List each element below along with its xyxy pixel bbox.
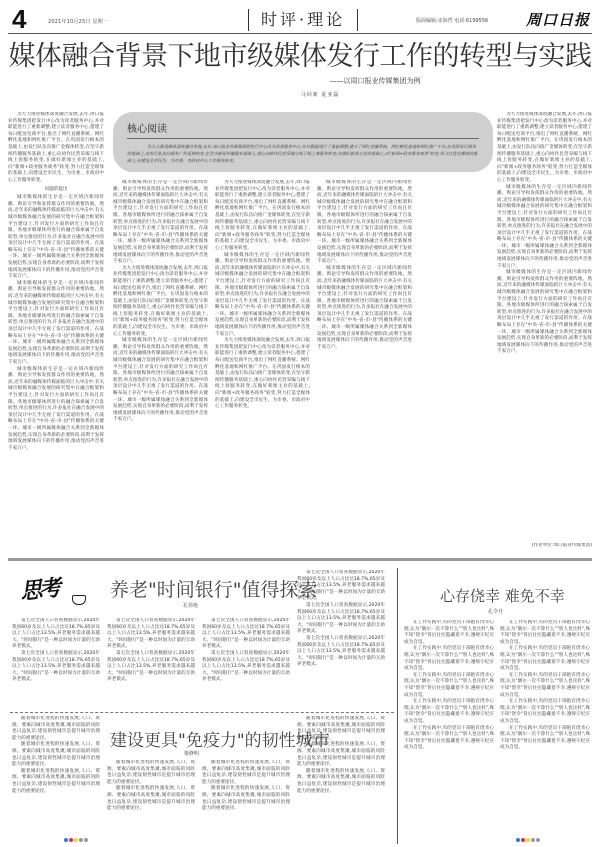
luck-paragraph: 在工作实践中,有的党员干部抱有侥幸心理,认为"偶尔一次不算什么""别人也这样",… xyxy=(404,620,494,646)
core-reading-box: 核心阅读 为大力推进媒体深度融合发展,去年,周口报业传媒集团把发行中心改为读者服… xyxy=(113,112,493,172)
lead-credit-wrap: (作者单位:周口报业传媒集团) xyxy=(497,543,592,553)
reg-dot xyxy=(531,838,535,842)
lead-paragraph: 为大力推进媒体深度融合发展,去年,周口报业传媒集团把发行中心改为读者服务中心,并… xyxy=(113,266,208,339)
city-column-1: 随着城市化进程的快速发展,人口、资源、要素向城市高度集聚,城市面临的风险也日益复… xyxy=(12,716,100,842)
pension-column-1: 第七次全国人口普查数据显示,2020年我国60岁及以上人口占比达18.7%,65… xyxy=(12,618,100,706)
lead-paragraph: 城市级媒体的生存是一定区域内新闻传播、舆论引导和发挥群众作用的重要阵地。然而,近… xyxy=(8,281,104,367)
dashed-divider xyxy=(10,712,394,713)
luck-paragraph: 在工作实践中,有的党员干部抱有侥幸心理,认为"偶尔一次不算什么""别人也这样",… xyxy=(500,699,590,725)
lead-paragraph: 城市级媒体的生存是一定区域内新闻传播、舆论引导和发挥群众作用的重要阵地。然而,近… xyxy=(215,253,310,339)
city-column-3: 随着城市化进程的快速发展,人口、资源、要素向城市高度集聚,城市面临的风险也日益复… xyxy=(202,760,290,842)
reg-dot xyxy=(64,838,68,842)
masthead: 4 2021年10月25日 星期一 时评·理论 版面编辑:宋海哲 电话:6199… xyxy=(8,4,592,34)
section-divider xyxy=(8,558,592,561)
luck-paragraph: 在工作实践中,有的党员干部抱有侥幸心理,认为"偶尔一次不算什么""别人也这样",… xyxy=(500,646,590,672)
lead-paragraph: 城市级媒体的生存是一定区域内新闻传播、舆论引导和发挥群众作用的重要阵地。然而,近… xyxy=(497,270,592,356)
city-paragraph: 随着城市化进程的快速发展,人口、资源、要素向城市高度集聚,城市面临的风险也日益复… xyxy=(107,760,195,786)
teapot-icon xyxy=(72,595,86,605)
lead-column-4: 城市级媒体的生存是一定区域内新闻传播、舆论引导和发挥群众作用的重要阵地。然而,近… xyxy=(317,180,412,550)
lead-subtitle: ——以周口报业传媒集团为例 xyxy=(0,76,600,86)
core-reading-title: 核心阅读 xyxy=(127,120,479,139)
reg-dot xyxy=(536,838,540,842)
article-author-city: 梁修明 xyxy=(184,750,199,757)
lead-paragraph: 为大力推进媒体深度融合发展,去年,周口报业传媒集团把发行中心改为读者服务中心,并… xyxy=(8,112,104,185)
lead-paragraph: 城市级媒体的生存是一定区域内新闻传播、舆论引导和发挥群众作用的重要阵地。然而,近… xyxy=(317,180,412,266)
lead-paragraph: 为大力推进媒体深度融合发展,去年,周口报业传媒集团把发行中心改为读者服务中心,并… xyxy=(215,338,310,411)
city-paragraph: 随着城市化进程的快速发展,人口、资源、要素向城市高度集聚,城市面临的风险也日益复… xyxy=(12,769,100,795)
page-number: 4 xyxy=(12,6,26,32)
luck-column-2: 在工作实践中,有的党员干部抱有侥幸心理,认为"偶尔一次不算什么""别人也这样",… xyxy=(500,620,590,840)
pension-paragraph: 第七次全国人口普查数据显示,2020年我国60岁及以上人口占比达18.7%,65… xyxy=(297,636,385,669)
lead-column-2: 城市级媒体的生存是一定区域内新闻传播、舆论引导和发挥群众作用的重要阵地。然而,近… xyxy=(113,180,208,550)
lead-paragraph: 城市级媒体的生存是一定区域内新闻传播、舆论引导和发挥群众作用的重要阵地。然而,近… xyxy=(497,185,592,271)
lead-paragraph: 城市级媒体的生存是一定区域内新闻传播、舆论引导和发挥群众作用的重要阵地。然而,近… xyxy=(317,266,412,352)
city-paragraph: 随着城市化进程的快速发展,人口、资源、要素向城市高度集聚,城市面临的风险也日益复… xyxy=(297,769,385,795)
pension-column-3: 第七次全国人口普查数据显示,2020年我国60岁及以上人口占比达18.7%,65… xyxy=(202,618,290,706)
city-paragraph: 随着城市化进程的快速发展,人口、资源、要素向城市高度集聚,城市面临的风险也日益复… xyxy=(202,786,290,812)
city-paragraph: 随着城市化进程的快速发展,人口、资源、要素向城市高度集聚,城市面临的风险也日益复… xyxy=(12,742,100,768)
luck-paragraph: 在工作实践中,有的党员干部抱有侥幸心理,认为"偶尔一次不算什么""别人也这样",… xyxy=(404,646,494,672)
city-paragraph: 随着城市化进程的快速发展,人口、资源、要素向城市高度集聚,城市面临的风险也日益复… xyxy=(12,716,100,742)
think-logo-text: 思考 xyxy=(18,571,59,606)
lead-column-5: 为大力推进媒体深度融合发展,去年,周口报业传媒集团把发行中心改为读者服务中心,并… xyxy=(497,112,592,550)
editor-info: 版面编辑:宋海哲 电话:6199556 xyxy=(416,17,488,24)
luck-paragraph: 在工作实践中,有的党员干部抱有侥幸心理,认为"偶尔一次不算什么""别人也这样",… xyxy=(404,699,494,725)
city-paragraph: 随着城市化进程的快速发展,人口、资源、要素向城市高度集聚,城市面临的风险也日益复… xyxy=(107,786,195,812)
article-author-luck: 孔令升 xyxy=(488,608,503,615)
pension-paragraph: 第七次全国人口普查数据显示,2020年我国60岁及以上人口占比达18.7%,65… xyxy=(107,651,195,684)
pension-paragraph: 第七次全国人口普查数据显示,2020年我国60岁及以上人口占比达18.7%,65… xyxy=(202,618,290,651)
section-title: 时评·理论 xyxy=(248,9,358,31)
lead-credit: (作者单位:周口报业传媒集团) xyxy=(497,543,592,550)
lead-paragraph: 城市级媒体的生存是一定区域内新闻传播、舆论引导和发挥群众作用的重要阵地。然而,近… xyxy=(113,338,208,424)
pension-paragraph: 第七次全国人口普查数据显示,2020年我国60岁及以上人口占比达18.7%,65… xyxy=(107,618,195,651)
pension-paragraph: 第七次全国人口普查数据显示,2020年我国60岁及以上人口占比达18.7%,65… xyxy=(297,570,385,603)
city-column-4: 随着城市化进程的快速发展,人口、资源、要素向城市高度集聚,城市面临的风险也日益复… xyxy=(297,716,385,842)
city-paragraph: 随着城市化进程的快速发展,人口、资源、要素向城市高度集聚,城市面临的风险也日益复… xyxy=(297,742,385,768)
article-title-pension: 养老"时间银行"值得探索 xyxy=(110,575,317,602)
registration-marks-right xyxy=(516,838,540,842)
reg-dot xyxy=(79,838,83,842)
lead-paragraph: 城市级媒体的生存是一定区域内新闻传播、舆论引导和发挥群众作用的重要阵地。然而,近… xyxy=(8,367,104,453)
pension-paragraph: 第七次全国人口普查数据显示,2020年我国60岁及以上人口占比达18.7%,65… xyxy=(12,618,100,651)
article-title-luck: 心存侥幸 难免不幸 xyxy=(440,585,565,606)
lead-subhead: 问题的提出 xyxy=(8,187,104,194)
registration-marks-left xyxy=(64,838,88,842)
luck-column-1: 在工作实践中,有的党员干部抱有侥幸心理,认为"偶尔一次不算什么""别人也这样",… xyxy=(404,620,494,840)
lead-headline: 媒体融合背景下地市级媒体发行工作的转型与实践 xyxy=(0,40,600,74)
luck-paragraph: 在工作实践中,有的党员干部抱有侥幸心理,认为"偶尔一次不算什么""别人也这样",… xyxy=(500,673,590,699)
article-author-pension: 孔伟艳 xyxy=(183,602,198,609)
luck-paragraph: 在工作实践中,有的党员干部抱有侥幸心理,认为"偶尔一次不算什么""别人也这样",… xyxy=(500,726,590,752)
reg-dot xyxy=(526,838,530,842)
lead-byline: 马回新 夏亚磊 xyxy=(0,91,600,98)
luck-paragraph: 在工作实践中,有的党员干部抱有侥幸心理,认为"偶尔一次不算什么""别人也这样",… xyxy=(404,673,494,699)
reg-dot xyxy=(516,838,520,842)
luck-paragraph: 在工作实践中,有的党员干部抱有侥幸心理,认为"偶尔一次不算什么""别人也这样",… xyxy=(404,726,494,752)
lead-column-1: 为大力推进媒体深度融合发展,去年,周口报业传媒集团把发行中心改为读者服务中心,并… xyxy=(8,112,104,550)
reg-dot xyxy=(74,838,78,842)
city-paragraph: 随着城市化进程的快速发展,人口、资源、要素向城市高度集聚,城市面临的风险也日益复… xyxy=(202,760,290,786)
pension-column-4: 第七次全国人口普查数据显示,2020年我国60岁及以上人口占比达18.7%,65… xyxy=(297,570,385,706)
lead-paragraph: 为大力推进媒体深度融合发展,去年,周口报业传媒集团把发行中心改为读者服务中心,并… xyxy=(215,180,310,253)
core-reading-text: 为大力推进媒体深度融合发展,去年,周口报业传媒集团把发行中心改为读者服务中心,并… xyxy=(127,143,479,164)
lead-paragraph: 城市级媒体的生存是一定区域内新闻传播、舆论引导和发挥群众作用的重要阵地。然而,近… xyxy=(8,195,104,281)
reg-dot xyxy=(521,838,525,842)
newspaper-logo: 周口日报 xyxy=(526,9,590,30)
lead-paragraph: 城市级媒体的生存是一定区域内新闻传播、舆论引导和发挥群众作用的重要阵地。然而,近… xyxy=(113,180,208,266)
reg-dot xyxy=(69,838,73,842)
pension-paragraph: 第七次全国人口普查数据显示,2020年我国60岁及以上人口占比达18.7%,65… xyxy=(297,603,385,636)
vertical-divider xyxy=(397,568,398,844)
city-paragraph: 随着城市化进程的快速发展,人口、资源、要素向城市高度集聚,城市面临的风险也日益复… xyxy=(297,716,385,742)
reg-dot xyxy=(84,838,88,842)
luck-paragraph: 在工作实践中,有的党员干部抱有侥幸心理,认为"偶尔一次不算什么""别人也这样",… xyxy=(500,620,590,646)
lead-column-3: 为大力推进媒体深度融合发展,去年,周口报业传媒集团把发行中心改为读者服务中心,并… xyxy=(215,180,310,550)
lead-paragraph: 为大力推进媒体深度融合发展,去年,周口报业传媒集团把发行中心改为读者服务中心,并… xyxy=(497,112,592,185)
issue-date: 2021年10月25日 星期一 xyxy=(48,18,108,25)
pension-paragraph: 第七次全国人口普查数据显示,2020年我国60岁及以上人口占比达18.7%,65… xyxy=(202,651,290,684)
pension-column-2: 第七次全国人口普查数据显示,2020年我国60岁及以上人口占比达18.7%,65… xyxy=(107,618,195,706)
city-column-2: 随着城市化进程的快速发展,人口、资源、要素向城市高度集聚,城市面临的风险也日益复… xyxy=(107,760,195,842)
think-column-logo: 思考 xyxy=(20,573,90,613)
pension-paragraph: 第七次全国人口普查数据显示,2020年我国60岁及以上人口占比达18.7%,65… xyxy=(12,651,100,684)
